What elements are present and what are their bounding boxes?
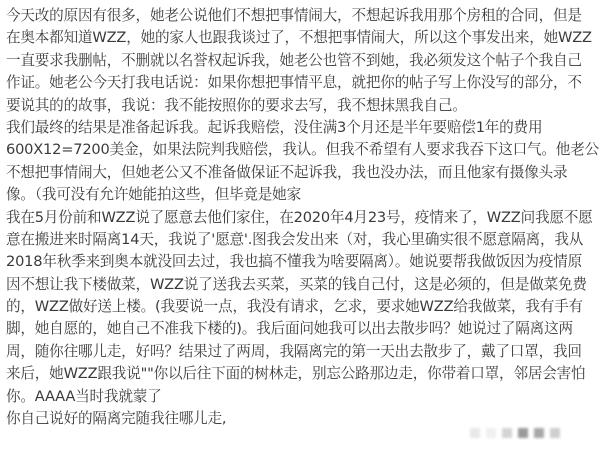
text-line: 一直要求我删帖，不删就以名誉权起诉我，她老公也管不到她，我必须发这个帖子个我自己 [6, 50, 598, 72]
text-line: 600X12=7200美金，如果法院判我赔偿，我认。但我不希望有人要求我吞下这口… [6, 139, 598, 161]
text-line: 脚，她自愿的，她自己不准我下楼的)。我后面问她我可以出去散步吗？她说过了隔离这两 [6, 318, 598, 340]
text-line: 我们最终的结果是准备起诉我。起诉我赔偿，没住满3个月还是半年要赔偿1年的费用 [6, 117, 598, 139]
text-line: 要说其的的故事，我说：我不能按照你的要求去写，我不想抹黑我自己。 [6, 95, 598, 117]
watermark-block [470, 428, 480, 438]
text-line: 因不想让我下楼做菜，WZZ说了送我去买菜，买菜的钱自己付，这是必须的，但是做菜免… [6, 274, 598, 296]
watermark-block [502, 428, 512, 438]
text-line: 意在搬进来时隔离14天，我说了'愿意'.图我会发出来（对，我心里确实很不愿意隔离… [6, 229, 598, 251]
watermark-block [534, 428, 544, 438]
post-text-body: 今天改的原因有很多，她老公说他们不想把事情闹大，不想起诉我用那个房租的合同，但是… [6, 5, 598, 430]
watermark-block [550, 428, 560, 438]
blurred-watermark [470, 428, 560, 438]
text-line: 我在5月份前和WZZ说了愿意去他们家住，在2020年4月23号，疫情来了，WZZ… [6, 207, 598, 229]
text-line: 今天改的原因有很多，她老公说他们不想把事情闹大，不想起诉我用那个房租的合同，但是 [6, 5, 598, 27]
text-line: 在奥本都知道WZZ，她的家人也跟我谈过了，不想把事情闹大，所以这个事发出来，她W… [6, 27, 598, 49]
text-line: 2018年秋季来到奥本就没回去过，我也搞不懂我为啥要隔离）。她说要帮我做饭因为疫… [6, 251, 598, 273]
text-line: 周，随你往哪儿走，好吗？结果过了两周，我隔离完的第一天出去散步了，戴了口罩，我回 [6, 341, 598, 363]
text-line: 来后，她WZZ跟我说""你以后往下面的树林走，别忘公路那边走，你带着口罩，邻居会… [6, 363, 598, 385]
text-line: 你。AAAA当时我就蒙了 [6, 386, 598, 408]
text-line: 像。（我可没有允许她能拍这些，但毕竟是她家 [6, 184, 598, 206]
watermark-block [486, 428, 496, 438]
text-line: 作证。她老公今天打我电话说：如果你想把事情平息，就把你的帖子写上你没写的部分，不 [6, 72, 598, 94]
watermark-block [518, 428, 528, 438]
text-line: 不想把事情闹大，但她老公又不准备做保证不起诉我，我也没办法，而且他家有摄像头录 [6, 162, 598, 184]
text-line: 的，WZZ做好送上楼。(我要说一点，我没有请求，乞求，要求她WZZ给我做菜，我有… [6, 296, 598, 318]
